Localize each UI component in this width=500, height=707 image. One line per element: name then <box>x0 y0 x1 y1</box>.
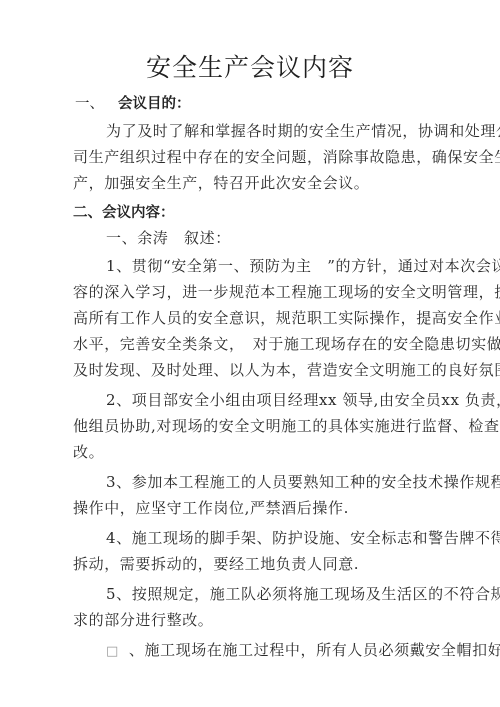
item-5-line: 5、按照规定，施工队必须将施工现场及生活区的不符合规定要 <box>106 584 446 604</box>
paragraph-line: 为了及时了解和掌握各时期的安全生产情况，协调和处理公 <box>106 121 446 141</box>
item-3-line: 操作中，应坚守工作岗位,严禁酒后操作. <box>73 498 413 518</box>
checkbox-placeholder-icon: □ <box>106 644 119 659</box>
document-page: 安全生产会议内容 一、会议目的： 为了及时了解和掌握各时期的安全生产情况，协调和… <box>0 0 500 707</box>
item-1-line: 及时发现、及时处理、以人为本，营造安全文明施工的良好氛围。 <box>73 360 413 380</box>
item-2-line: 他组员协助,对现场的安全文明施工的具体实施进行监督、检查、整 <box>73 416 413 436</box>
section-number: 一、 <box>75 96 104 112</box>
item-1-line: 容的深入学习，进一步规范本工程施工现场的安全文明管理，提 <box>73 282 413 302</box>
speaker-line: 一、余涛 叙述： <box>106 228 446 248</box>
item-5-line: 求的部分进行整改。 <box>73 610 413 630</box>
item-4-line: 4、施工现场的脚手架、防护设施、安全标志和警告牌不得擅自 <box>106 528 446 548</box>
item-2-line: 改。 <box>73 442 413 462</box>
paragraph-line: 产，加强安全生产，特召开此次安全会议。 <box>73 173 413 193</box>
section-heading-purpose: 一、会议目的： <box>75 92 191 113</box>
item-6-line: □、施工现场在施工过程中，所有人员必须戴安全帽扣好安全带， <box>106 640 446 660</box>
document-title: 安全生产会议内容 <box>0 48 500 84</box>
item-4-line: 拆动，需要拆动的，要经工地负责人同意. <box>73 554 413 574</box>
item-1-line: 1、贯彻“安全第一、预防为主 ”的方针，通过对本次会议内 <box>106 256 446 276</box>
item-3-line: 3、参加本工程施工的人员要熟知工种的安全技术操作规程。在 <box>106 472 446 492</box>
item-6-text: 、施工现场在施工过程中，所有人员必须戴安全帽扣好安全带， <box>129 641 500 659</box>
paragraph-line: 司生产组织过程中存在的安全问题，消除事故隐患，确保安全生 <box>73 147 413 167</box>
item-1-line: 高所有工作人员的安全意识，规范职工实际操作，提高安全作业 <box>73 308 413 328</box>
item-1-line: 水平，完善安全类条文， 对于施工现场存在的安全隐患切实做到， <box>73 334 413 354</box>
section-heading-label: 会议目的： <box>118 96 191 112</box>
section-heading-content: 二、会议内容： <box>73 201 175 222</box>
item-2-line: 2、项目部安全小组由项目经理xx 领导,由安全员xx 负责，由其 <box>106 390 446 410</box>
